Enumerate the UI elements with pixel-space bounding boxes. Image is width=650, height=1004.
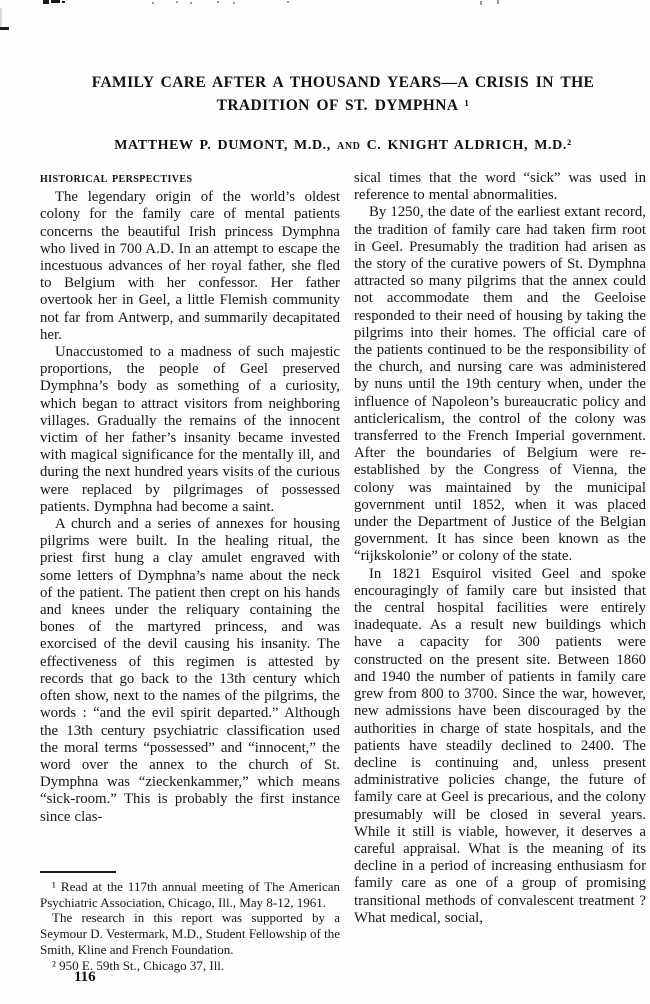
scan-artifact <box>51 0 60 3</box>
footnote: ¹ Read at the 117th annual meeting of Th… <box>40 879 340 910</box>
scan-artifact <box>0 27 9 30</box>
article-header: FAMILY CARE AFTER A THOUSAND YEARS—A CRI… <box>40 72 646 154</box>
body-paragraph: By 1250, the date of the earliest extant… <box>354 204 646 565</box>
footnote-divider <box>40 871 116 873</box>
authors-conjunction: AND <box>337 138 360 153</box>
right-column: sical times that the word “sick” was use… <box>354 170 646 992</box>
scan-artifact <box>287 1 289 3</box>
scan-artifact <box>62 1 65 3</box>
scan-artifact <box>480 1 482 5</box>
article-title: FAMILY CARE AFTER A THOUSAND YEARS—A CRI… <box>40 72 646 117</box>
left-column: HISTORICAL PERSPECTIVES The legendary or… <box>40 170 340 870</box>
scan-artifact <box>0 8 2 28</box>
scan-artifact <box>43 0 49 4</box>
footnotes: ¹ Read at the 117th annual meeting of Th… <box>40 871 340 973</box>
scan-artifact <box>190 2 192 4</box>
author-first: MATTHEW P. DUMONT, M.D., <box>114 138 331 153</box>
article-title-line2: TRADITION OF ST. DYMPHNA ¹ <box>217 97 470 114</box>
body-paragraph-continuation: sical times that the word “sick” was use… <box>354 170 646 204</box>
body-paragraph: Unaccustomed to a madness of such majest… <box>40 344 340 516</box>
author-second: C. KNIGHT ALDRICH, M.D.² <box>367 138 572 153</box>
scan-artifact <box>152 2 154 4</box>
body-paragraph: The legendary origin of the world’s olde… <box>40 189 340 344</box>
section-heading: HISTORICAL PERSPECTIVES <box>40 170 340 187</box>
article-authors: MATTHEW P. DUMONT, M.D., AND C. KNIGHT A… <box>40 138 646 154</box>
body-paragraph: A church and a series of annexes for hou… <box>40 516 340 826</box>
body-paragraph: In 1821 Esquirol visited Geel and spoke … <box>354 566 646 927</box>
footnote: The research in this report was supporte… <box>40 910 340 957</box>
scan-artifact <box>176 1 178 3</box>
journal-page-scan: FAMILY CARE AFTER A THOUSAND YEARS—A CRI… <box>0 0 650 1004</box>
scan-artifact <box>497 0 499 4</box>
article-title-line1: FAMILY CARE AFTER A THOUSAND YEARS—A CRI… <box>92 74 595 91</box>
scan-artifact <box>217 1 219 3</box>
scan-artifact <box>233 2 235 4</box>
page-number: 116 <box>74 969 96 986</box>
